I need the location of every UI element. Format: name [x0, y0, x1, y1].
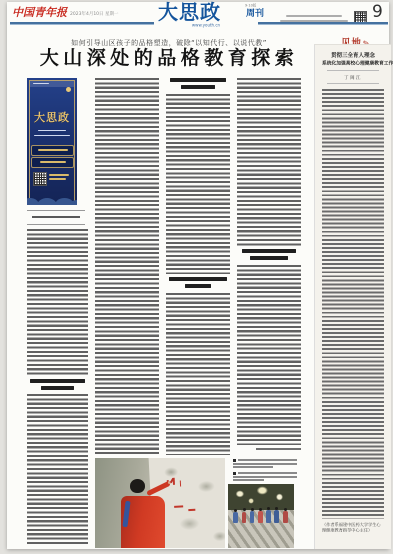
- header-rule-right-thin: [258, 24, 388, 25]
- student-figure: [274, 510, 279, 523]
- article-headline: 大山深处的品格教育探索: [20, 49, 318, 69]
- body-text-block: [166, 94, 230, 274]
- sidebar-title-line-2: 系统化加强高校心理健康教育工作: [322, 59, 384, 73]
- caption-marker: [233, 472, 236, 475]
- photo-caption-2: [233, 472, 297, 483]
- masthead-logo: 中国青年报: [12, 7, 67, 18]
- body-text-block: [27, 229, 88, 375]
- student-figure: [233, 512, 238, 523]
- photo-byline-text: [32, 216, 80, 218]
- body-text-block: [237, 78, 301, 246]
- sidebar-rule: [327, 70, 379, 71]
- sidebar-panel: 贯彻三全育人理念 系统化加强高校心理健康教育工作 丁闽江 （作者系福建中医药大学…: [314, 44, 391, 549]
- poster-image: 大思政: [27, 78, 77, 205]
- photo-caption-1: [233, 459, 297, 470]
- header-rule-right: [258, 22, 388, 24]
- article-column-4: [237, 78, 301, 455]
- moon-icon: [66, 87, 71, 92]
- photo-credit-line: [256, 448, 301, 450]
- poster-qr-text-1: [49, 174, 69, 176]
- poster-qr-icon: [33, 172, 47, 186]
- poster-qr-text-2: [49, 178, 66, 180]
- caption-marker: [233, 459, 236, 462]
- trees: [228, 484, 294, 510]
- article-column-2: [95, 78, 159, 455]
- body-text-block: [95, 78, 159, 455]
- article-column-1: 大思政: [27, 78, 88, 545]
- body-text-block: [166, 293, 230, 455]
- subhead-block: [166, 78, 230, 91]
- photo-byline-box: [27, 210, 85, 225]
- page-number: 9: [372, 4, 383, 21]
- body-text-block: [237, 265, 301, 445]
- child-head: [130, 479, 145, 493]
- newspaper-page-scan: { "header": { "masthead": "中国青年报", "date…: [0, 0, 393, 554]
- student-figure: [242, 512, 247, 523]
- subhead-block: [166, 277, 230, 290]
- sidebar-footnote: （作者系福建中医药大学学生心理健康教育指导中心主任）: [322, 522, 384, 543]
- subhead-block: [237, 249, 301, 262]
- subhead-block: [27, 379, 88, 392]
- sidebar-byline: 丁闽江: [322, 74, 384, 87]
- poster-banner-2: [31, 157, 74, 168]
- article-column-3: [166, 78, 230, 455]
- brand-edition-label: 周刊: [246, 10, 264, 19]
- body-text-block: [27, 394, 88, 544]
- header-rule-left-thin: [10, 24, 154, 25]
- photo-students-walking: [228, 484, 294, 548]
- brand-title: 大思政: [158, 2, 221, 22]
- header-rule-left: [10, 22, 154, 24]
- poster-banner-1: [31, 145, 74, 156]
- poster-title: 大思政: [27, 112, 77, 123]
- student-figure: [266, 510, 271, 523]
- student-figure: [258, 511, 263, 523]
- photo-child-writing: [95, 458, 225, 548]
- student-figure: [283, 511, 288, 523]
- sidebar-body-text: [322, 89, 384, 519]
- sidebar-rule: [327, 83, 379, 84]
- student-figure: [250, 511, 255, 523]
